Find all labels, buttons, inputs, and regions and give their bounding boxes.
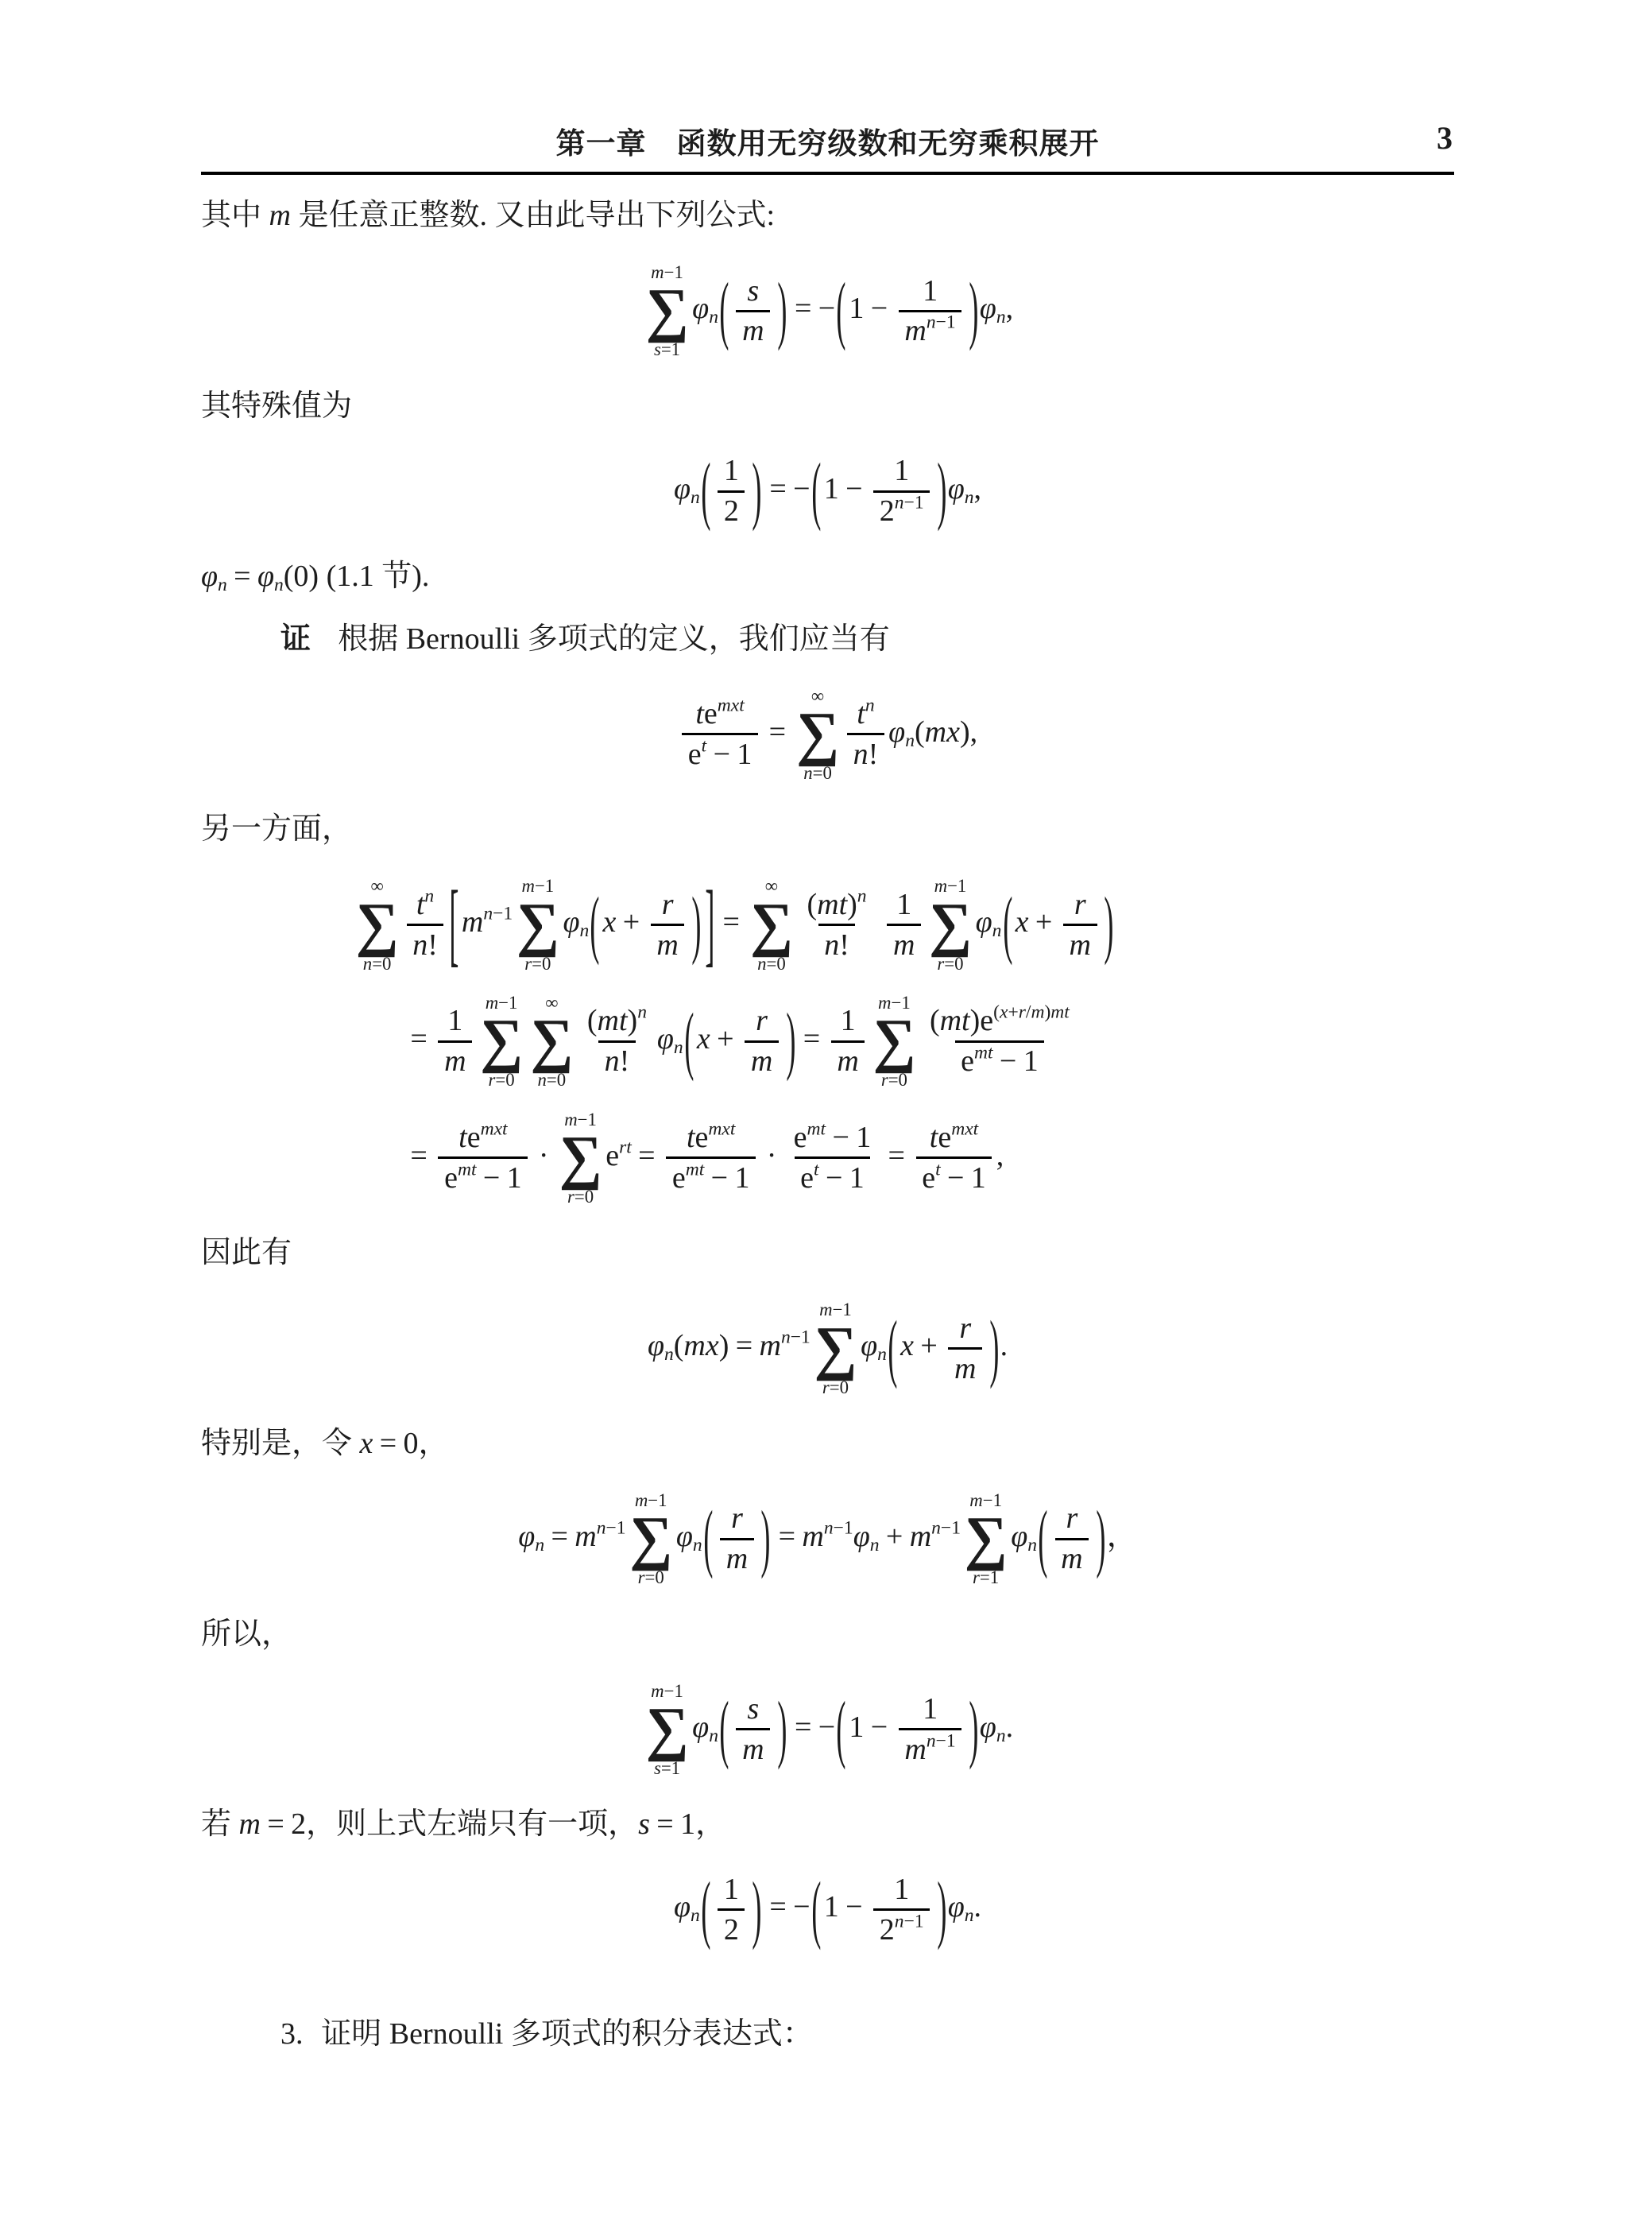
formula-conclusion-sum: m−1∑s=1φn(sm)=−(1−1mn−1)φn. [201,1680,1454,1780]
derivation-line-1: ∞∑n=0tnn![mn−1m−1∑r=0φn(x+rm)]=∞∑n=0(mt)… [352,875,1454,974]
formula-conclusion-half: φn(12)=−(1−12n−1)φn. [201,1870,1454,1949]
paragraph-m-equals-2: 若 m=2，则上式左端只有一项，s=1， [201,1803,1454,1846]
derivation-line-2: =1mm−1∑r=0∞∑n=0(mt)nn!φn(x+rm)=1mm−1∑r=0… [404,992,1454,1091]
paragraph-so: 所以， [201,1613,1454,1656]
formula-x-equals-zero: φn=mn−1m−1∑r=0φn(rm)=mn−1φn+mn−1m−1∑r=1φ… [201,1490,1454,1589]
paragraph-on-other-hand: 另一方面， [201,808,1454,851]
paragraph-problem-3: 3.证明 Bernoulli 多项式的积分表达式： [201,2013,1454,2056]
paragraph-phi-zero-note: φn=φn(0) (1.1 节). [201,555,1454,599]
formula-phi-half: φn(12)=−(1−12n−1)φn, [201,452,1454,531]
derivation-line-3: =temxtemt−1·m−1∑r=0ert=temxtemt−1·emt−1e… [404,1109,1454,1208]
formula-generating-function: temxtet−1=∞∑n=0tnn!φn(mx), [201,685,1454,785]
formula-multiplication-theorem: φn(mx)=mn−1m−1∑r=0φn(x+rm). [201,1299,1454,1398]
page-number: 3 [1437,119,1453,157]
page-header: 第一章 函数用无穷级数和无穷乘积展开 3 [201,119,1454,175]
chapter-title: 第一章 函数用无穷级数和无穷乘积展开 [556,128,1100,161]
paragraph-special-value: 其特殊值为 [201,385,1454,428]
formula-sum-s-over-m: m−1∑s=1φn(sm)=−(1−1mn−1)φn, [201,262,1454,361]
paragraph-therefore: 因此有 [201,1231,1454,1275]
derivation-block: ∞∑n=0tnn![mn−1m−1∑r=0φn(x+rm)]=∞∑n=0(mt)… [201,875,1454,1207]
paragraph-in-particular: 特别是，令 x=0， [201,1422,1454,1466]
paragraph-proof-start: 证根据 Bernoulli 多项式的定义，我们应当有 [201,618,1454,661]
book-page: 第一章 函数用无穷级数和无穷乘积展开 3 其中 m 是任意正整数. 又由此导出下… [0,0,1652,2216]
paragraph-intro: 其中 m 是任意正整数. 又由此导出下列公式: [201,194,1454,238]
